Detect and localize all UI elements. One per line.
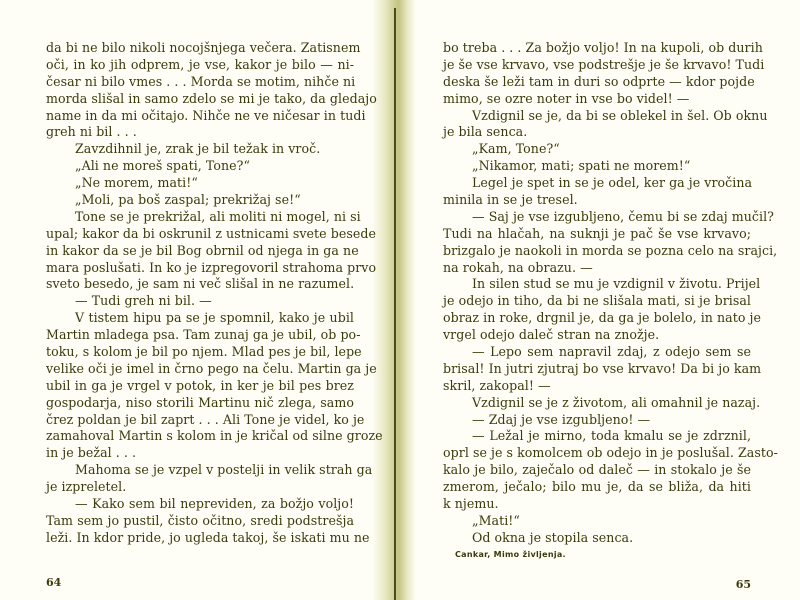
text-line: Tudi na hlačah, na suknji je pač še vse …	[443, 226, 751, 243]
text-line: toku, s kolom je bil po njem. Mlad pes j…	[46, 344, 354, 361]
text-line: črez poldan je bil zaprt . . . Ali Tone …	[46, 412, 354, 429]
text-line: — Tudi greh ni bil. —	[46, 293, 354, 310]
text-line: „Mati!“	[443, 513, 751, 530]
text-line: in kakor da se je bil Bog obrnil od njeg…	[46, 243, 354, 260]
text-line: mimo, se ozre noter in vse bo videl! —	[443, 91, 751, 108]
page-number-right: 65	[736, 578, 751, 591]
page-number-left: 64	[46, 576, 61, 589]
text-line: zamahoval Martin s kolom in je kričal od…	[46, 428, 354, 445]
text-line: greh ni bil . . .	[46, 124, 354, 141]
text-line: vrgel odejo daleč stran na znožje.	[443, 327, 751, 344]
text-line: brizgalo je naokoli in morda se pozna ce…	[443, 243, 751, 260]
text-line: obraz in roke, drgnil je, da ga je bolel…	[443, 310, 751, 327]
left-page-text: da bi ne bilo nikoli nocojšnjega večera.…	[46, 40, 354, 547]
text-line: velike oči je imel in črno pego na čelu.…	[46, 361, 354, 378]
text-line: Zavzdihnil je, zrak je bil težak in vroč…	[46, 141, 354, 158]
text-line: Mahoma se je vzpel v postelji in velik s…	[46, 462, 354, 479]
text-line: je izpreletel.	[46, 479, 354, 496]
text-line: in je bežal . . .	[46, 445, 354, 462]
text-line: — Zdaj je vse izgubljeno! —	[443, 412, 751, 429]
text-line: Vzdignil se je, da bi se oblekel in šel.…	[443, 108, 751, 125]
text-line: Tone se je prekrižal, ali moliti ni moge…	[46, 209, 354, 226]
text-line: oči, in ko jih odprem, je vse, kakor je …	[46, 57, 354, 74]
left-page: da bi ne bilo nikoli nocojšnjega večera.…	[46, 40, 354, 547]
text-line: je še vse krvavo, vse podstrešje je še k…	[443, 57, 751, 74]
printer-signature: Cankar, Mimo življenja.	[455, 550, 566, 559]
text-line: da bi ne bilo nikoli nocojšnjega večera.…	[46, 40, 354, 57]
text-line: Tam sem jo pustil, čisto očitno, sredi p…	[46, 513, 354, 530]
text-line: deska še leži tam in duri so odprte — kd…	[443, 74, 751, 91]
text-line: „Nikamor, mati; spati ne morem!“	[443, 158, 751, 175]
text-line: gospodarja, niso storili Martinu nič zle…	[46, 395, 354, 412]
text-line: k njemu.	[443, 496, 751, 513]
text-line: skril, zakopal! —	[443, 378, 751, 395]
text-line: Legel je spet in se je odel, ker ga je v…	[443, 175, 751, 192]
right-page: bo treba . . . Za božjo voljo! In na kup…	[443, 40, 751, 547]
text-line: mara poslušati. In ko je izpregovoril st…	[46, 260, 354, 277]
text-line: Od okna je stopila senca.	[443, 530, 751, 547]
right-page-text: bo treba . . . Za božjo voljo! In na kup…	[443, 40, 751, 547]
text-line: Martin mladega psa. Tam zunaj ga je ubil…	[46, 327, 354, 344]
text-line: morda slišal in samo zdelo se mi je tako…	[46, 91, 354, 108]
text-line: „Ne morem, mati!“	[46, 175, 354, 192]
text-line: bo treba . . . Za božjo voljo! In na kup…	[443, 40, 751, 57]
text-line: — Kako sem bil nepreviden, za božjo volj…	[46, 496, 354, 513]
text-line: je bila senca.	[443, 124, 751, 141]
text-line: kalo je bilo, zaječalo od daleč — in sto…	[443, 462, 751, 479]
text-line: — Saj je vse izgubljeno, čemu bi se zdaj…	[443, 209, 751, 226]
text-line: V tistem hipu pa se je spomnil, kako je …	[46, 310, 354, 327]
text-line: oprl se je s komolcem ob odejo in je pos…	[443, 445, 751, 462]
text-line: — Ležal je mirno, toda kmalu se je zdrzn…	[443, 428, 751, 445]
text-line: upal; kakor da bi oskrunil z ustnicami s…	[46, 226, 354, 243]
text-line: „Moli, pa boš zaspal; prekrižaj se!“	[46, 192, 354, 209]
text-line: na rokah, na obrazu. —	[443, 260, 751, 277]
text-line: name in da mi očitajo. Nihče ne ve ničes…	[46, 108, 354, 125]
text-line: — Lepo sem napravil zdaj, z odejo sem se	[443, 344, 751, 361]
text-line: In silen stud se mu je vzdignil v životu…	[443, 276, 751, 293]
book-spread: da bi ne bilo nikoli nocojšnjega večera.…	[0, 0, 800, 600]
text-line: brisal! In jutri zjutraj bo vse krvavo! …	[443, 361, 751, 378]
text-line: česar ni bilo vmes . . . Morda se motim,…	[46, 74, 354, 91]
text-line: minila in se je tresel.	[443, 192, 751, 209]
text-line: ubil in ga je vrgel v potok, in ker je b…	[46, 378, 354, 395]
text-line: leži. In kdor pride, jo ugleda takoj, še…	[46, 530, 354, 547]
text-line: „Ali ne moreš spati, Tone?“	[46, 158, 354, 175]
text-line: Vzdignil se je z životom, ali omahnil je…	[443, 395, 751, 412]
text-line: zmerom, ječalo; bilo mu je, da se bliža,…	[443, 479, 751, 496]
text-line: je odejo in tiho, da bi ne slišala mati,…	[443, 293, 751, 310]
text-line: „Kam, Tone?“	[443, 141, 751, 158]
text-line: sveto besedo, je sam ni več slišal in ne…	[46, 276, 354, 293]
book-spine	[394, 8, 396, 600]
